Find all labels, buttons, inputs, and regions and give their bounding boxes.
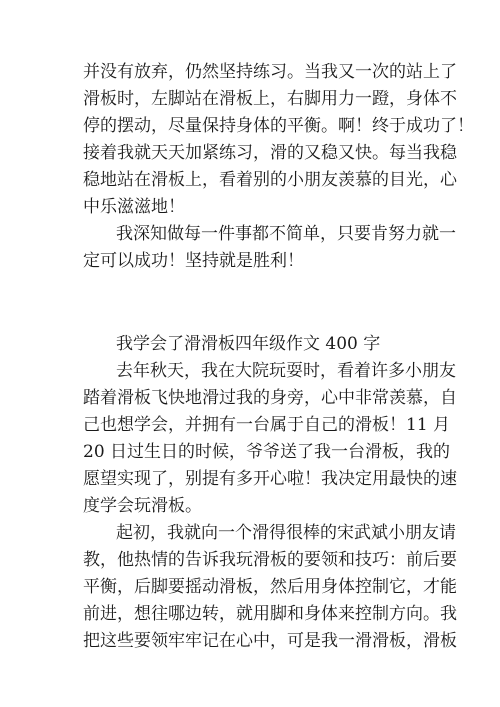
section-gap xyxy=(83,275,423,331)
document-page: 并没有放弃，仍然坚持练习。当我又一次的站上了 滑板时，左脚站在滑板上，右脚用力一… xyxy=(83,59,423,655)
text-line: 己也想学会，并拥有一台属于自己的滑板！11 月 xyxy=(83,412,423,439)
text-line: 起初，我就向一个滑得很棒的宋武斌小朋友请 xyxy=(83,520,423,547)
text-line: 定可以成功！坚持就是胜利！ xyxy=(83,248,423,275)
text-line: 前进，想往哪边转，就用脚和身体来控制方向。我 xyxy=(83,601,423,628)
text-line: 稳地站在滑板上，看着别的小朋友羡慕的目光，心 xyxy=(83,167,423,194)
paragraph-intro: 去年秋天，我在大院玩耍时，看着许多小朋友 踏着滑板飞快地滑过我的身旁，心中非常羡… xyxy=(83,358,423,520)
essay-title: 我学会了滑滑板四年级作文 400 字 xyxy=(83,331,423,358)
text-line: 度学会玩滑板。 xyxy=(83,493,423,520)
text-line: 教，他热情的告诉我玩滑板的要领和技巧：前后要 xyxy=(83,547,423,574)
text-line: 停的摆动，尽量保持身体的平衡。啊！终于成功了！ xyxy=(83,113,423,140)
text-line: 并没有放弃，仍然坚持练习。当我又一次的站上了 xyxy=(83,59,423,86)
text-line: 接着我就天天加紧练习，滑的又稳又快。每当我稳 xyxy=(83,140,423,167)
text-line: 平衡，后脚要摇动滑板，然后用身体控制它，才能 xyxy=(83,574,423,601)
text-line: 把这些要领牢牢记在心中，可是我一滑滑板，滑板 xyxy=(83,628,423,655)
text-line: 踏着滑板飞快地滑过我的身旁，心中非常羡慕，自 xyxy=(83,385,423,412)
text-line: 20 日过生日的时候，爷爷送了我一台滑板，我的 xyxy=(83,439,423,466)
paragraph-continuation: 并没有放弃，仍然坚持练习。当我又一次的站上了 滑板时，左脚站在滑板上，右脚用力一… xyxy=(83,59,423,221)
text-line: 愿望实现了，别提有多开心啦！我决定用最快的速 xyxy=(83,466,423,493)
paragraph-learning: 起初，我就向一个滑得很棒的宋武斌小朋友请 教，他热情的告诉我玩滑板的要领和技巧：… xyxy=(83,520,423,655)
text-line: 我深知做每一件事都不简单，只要肯努力就一 xyxy=(83,221,423,248)
text-line: 滑板时，左脚站在滑板上，右脚用力一蹬，身体不 xyxy=(83,86,423,113)
text-line: 去年秋天，我在大院玩耍时，看着许多小朋友 xyxy=(83,358,423,385)
text-line: 中乐滋滋地！ xyxy=(83,194,423,221)
paragraph-conclusion: 我深知做每一件事都不简单，只要肯努力就一 定可以成功！坚持就是胜利！ xyxy=(83,221,423,275)
